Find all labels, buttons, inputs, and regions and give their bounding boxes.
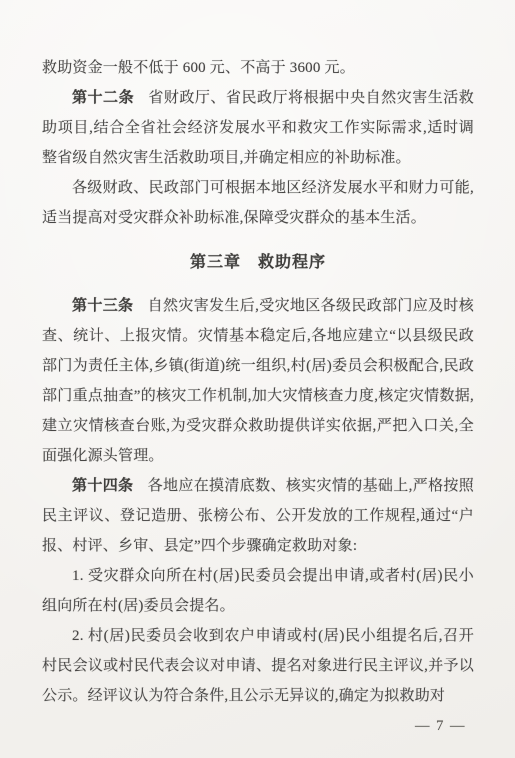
step-2-text: 2. 村(居)民委员会收到农户申请或村(居)民小组提名后,召开村民会议或村民代表… <box>42 628 474 704</box>
paragraph-article-12: 第十二条省财政厅、省民政厅将根据中央自然灾害生活救助项目,结合全省社会经济发展水… <box>42 83 474 173</box>
page-footer: — 7 — <box>415 718 466 735</box>
list-item-step-1: 1. 受灾群众向所在村(居)民委员会提出申请,或者村(居)民小组向所在村(居)委… <box>42 561 474 621</box>
paragraph-finance-levels: 各级财政、民政部门可根据本地区经济发展水平和财力可能,适当提高对受灾群众补助标准… <box>42 173 474 233</box>
continuation-text: 救助资金一般不低于 600 元、不高于 3600 元。 <box>42 60 355 76</box>
chapter-heading: 第三章 救助程序 <box>42 248 474 278</box>
paragraph-article-13: 第十三条自然灾害发生后,受灾地区各级民政部门应及时核查、统计、上报灾情。灾情基本… <box>42 291 474 471</box>
article-13-term: 第十三条 <box>72 297 133 314</box>
document-page: 救助资金一般不低于 600 元、不高于 3600 元。 第十二条省财政厅、省民政… <box>42 53 474 711</box>
paragraph-continuation: 救助资金一般不低于 600 元、不高于 3600 元。 <box>42 53 474 83</box>
list-item-step-2: 2. 村(居)民委员会收到农户申请或村(居)民小组提名后,召开村民会议或村民代表… <box>42 621 474 711</box>
step-1-text: 1. 受灾群众向所在村(居)民委员会提出申请,或者村(居)民小组向所在村(居)委… <box>42 568 474 614</box>
article-14-term: 第十四条 <box>72 477 133 494</box>
article-12-term: 第十二条 <box>72 89 134 106</box>
paragraph-article-14: 第十四条各地应在摸清底数、核实灾情的基础上,严格按照民主评议、登记造册、张榜公布… <box>42 471 474 561</box>
article-13-text: 自然灾害发生后,受灾地区各级民政部门应及时核查、统计、上报灾情。灾情基本稳定后,… <box>42 298 474 464</box>
finance-levels-text: 各级财政、民政部门可根据本地区经济发展水平和财力可能,适当提高对受灾群众补助标准… <box>42 180 474 226</box>
page-number: — 7 — <box>415 718 466 734</box>
